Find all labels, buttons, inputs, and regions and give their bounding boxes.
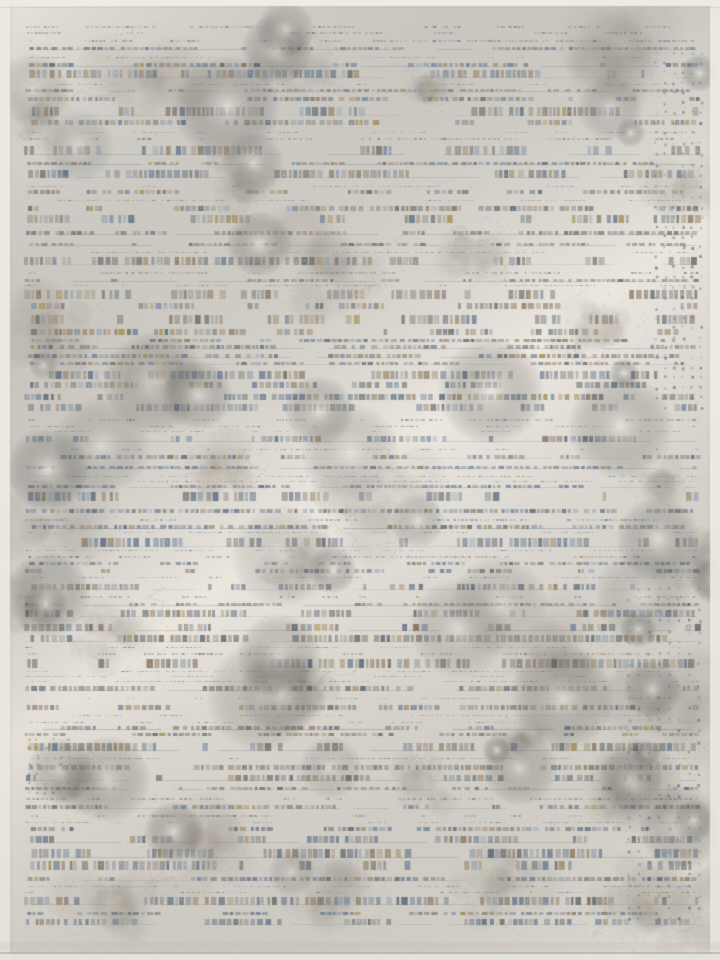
rug-canvas (0, 0, 720, 960)
rug-product-photo (0, 0, 720, 960)
